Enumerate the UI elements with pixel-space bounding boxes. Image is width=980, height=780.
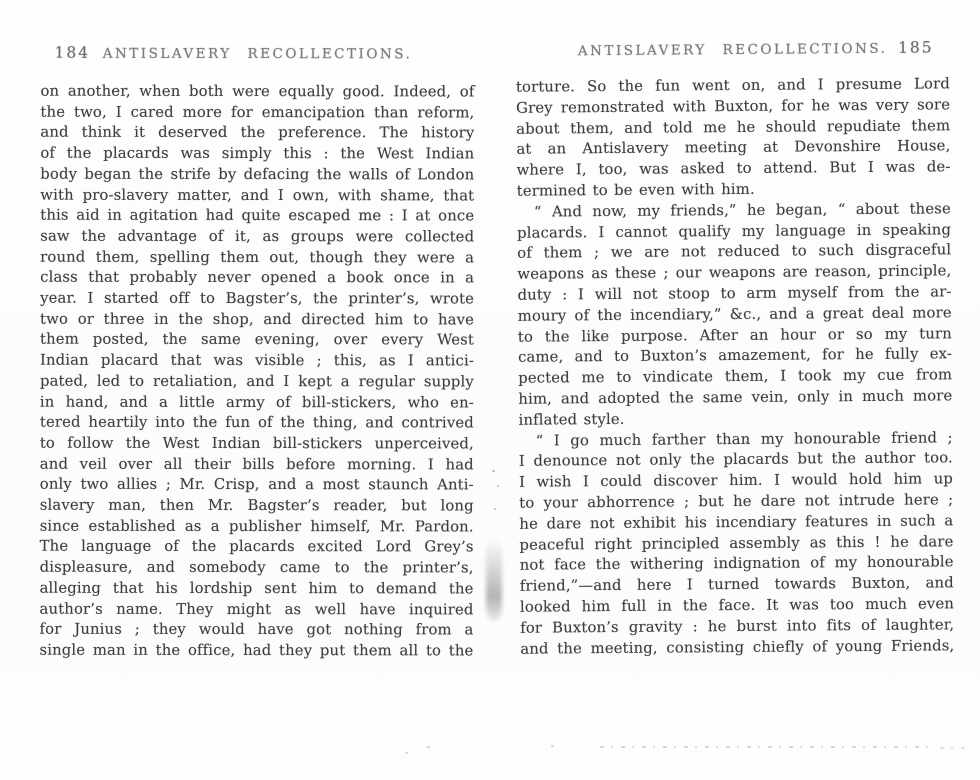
scan-speck [427,746,430,748]
text-line: and think it deserved the preference. Th… [40,123,474,144]
text-line: and veil over all their bills before mor… [40,454,474,475]
running-title-left: ANTISLAVERY RECOLLECTIONS. [103,46,413,63]
text-line: he dare not exhibit his incendiary featu… [519,511,953,535]
text-line: with pro-slavery matter, and I own, with… [40,185,474,206]
text-line: since established as a publisher himself… [40,516,474,537]
text-line: round them, spelling them out, though th… [40,247,474,268]
text-line: Grey remonstrated with Buxton, for he wa… [516,95,950,119]
scan-speck [494,508,496,510]
text-line: this aid in agitation had quite escaped … [40,206,474,227]
page-body-right: torture. So the fun went on, and I presu… [516,74,955,660]
text-line: saw the advantage of it, as groups were … [40,227,474,248]
text-line: The language of the placards excited Lor… [40,537,474,558]
text-line: him, and adopted the same vein, only in … [518,386,952,410]
text-line: year. I started off to Bagster’s, the pr… [40,289,474,310]
scan-gutter-smudge [486,538,502,622]
text-line: for Buxton’s gravity : he burst into fit… [520,615,954,639]
scan-speck [551,745,554,747]
scan-speck [492,470,495,472]
text-line: to follow the West Indian bill-stickers … [40,434,474,455]
text-line: where I, too, was asked to attend. But I… [517,157,951,181]
scan-speck [745,441,748,443]
text-line: only two allies ; Mr. Crisp, and a most … [40,475,474,496]
text-line: in hand, and a little army of bill-stick… [40,392,474,413]
text-line: displeasure, and somebody came to the pr… [40,558,474,579]
text-line: and the meeting, consisting chiefly of y… [520,636,954,660]
page-number-right: 185 [898,38,934,56]
text-line: single man in the office, had they put t… [39,641,473,662]
book-spread: 184 ANTISLAVERY RECOLLECTIONS. on anothe… [0,0,980,780]
running-header-left: 184 ANTISLAVERY RECOLLECTIONS. [41,46,475,67]
text-line: tered heartily into the fun of the thing… [40,413,474,434]
text-line: author’s name. They might as well have i… [40,599,474,620]
text-line: two or three in the shop, and directed h… [40,309,474,330]
text-line: alleging that his lordship sent him to d… [40,578,474,599]
page-body-left: on another, when both were equally good.… [39,82,474,662]
scan-speck [405,752,408,754]
text-line: slavery man, then Mr. Bagster’s reader, … [40,496,474,517]
text-line: moury of the incendiary,” &c., and a gre… [518,303,952,327]
page-number-left: 184 [55,44,91,62]
running-header-right: ANTISLAVERY RECOLLECTIONS. 185 [516,40,950,63]
running-title-right: ANTISLAVERY RECOLLECTIONS. [578,41,888,59]
text-line: body began the strife by defacing the wa… [40,164,474,185]
scan-speck [497,485,499,487]
text-line: for Junius ; they would have got nothing… [39,620,473,641]
text-line: on another, when both were equally good.… [40,82,474,103]
text-line: of the placards was simply this : the We… [40,144,474,165]
text-line: “ And now, my friends,” he began, “ abou… [517,199,951,223]
text-line: them posted, the same evening, over ever… [40,330,474,351]
scan-artifact-line [600,746,930,748]
page-185: ANTISLAVERY RECOLLECTIONS. 185 torture. … [516,40,955,660]
page-184: 184 ANTISLAVERY RECOLLECTIONS. on anothe… [39,46,474,662]
text-line: Indian placard that was visible ; this, … [40,351,474,372]
text-line: pated, led to retaliation, and I kept a … [40,371,474,392]
text-line: class that probably never opened a book … [40,268,474,289]
text-line: the two, I cared more for emancipation t… [40,102,474,123]
scan-artifact-line [940,747,970,749]
